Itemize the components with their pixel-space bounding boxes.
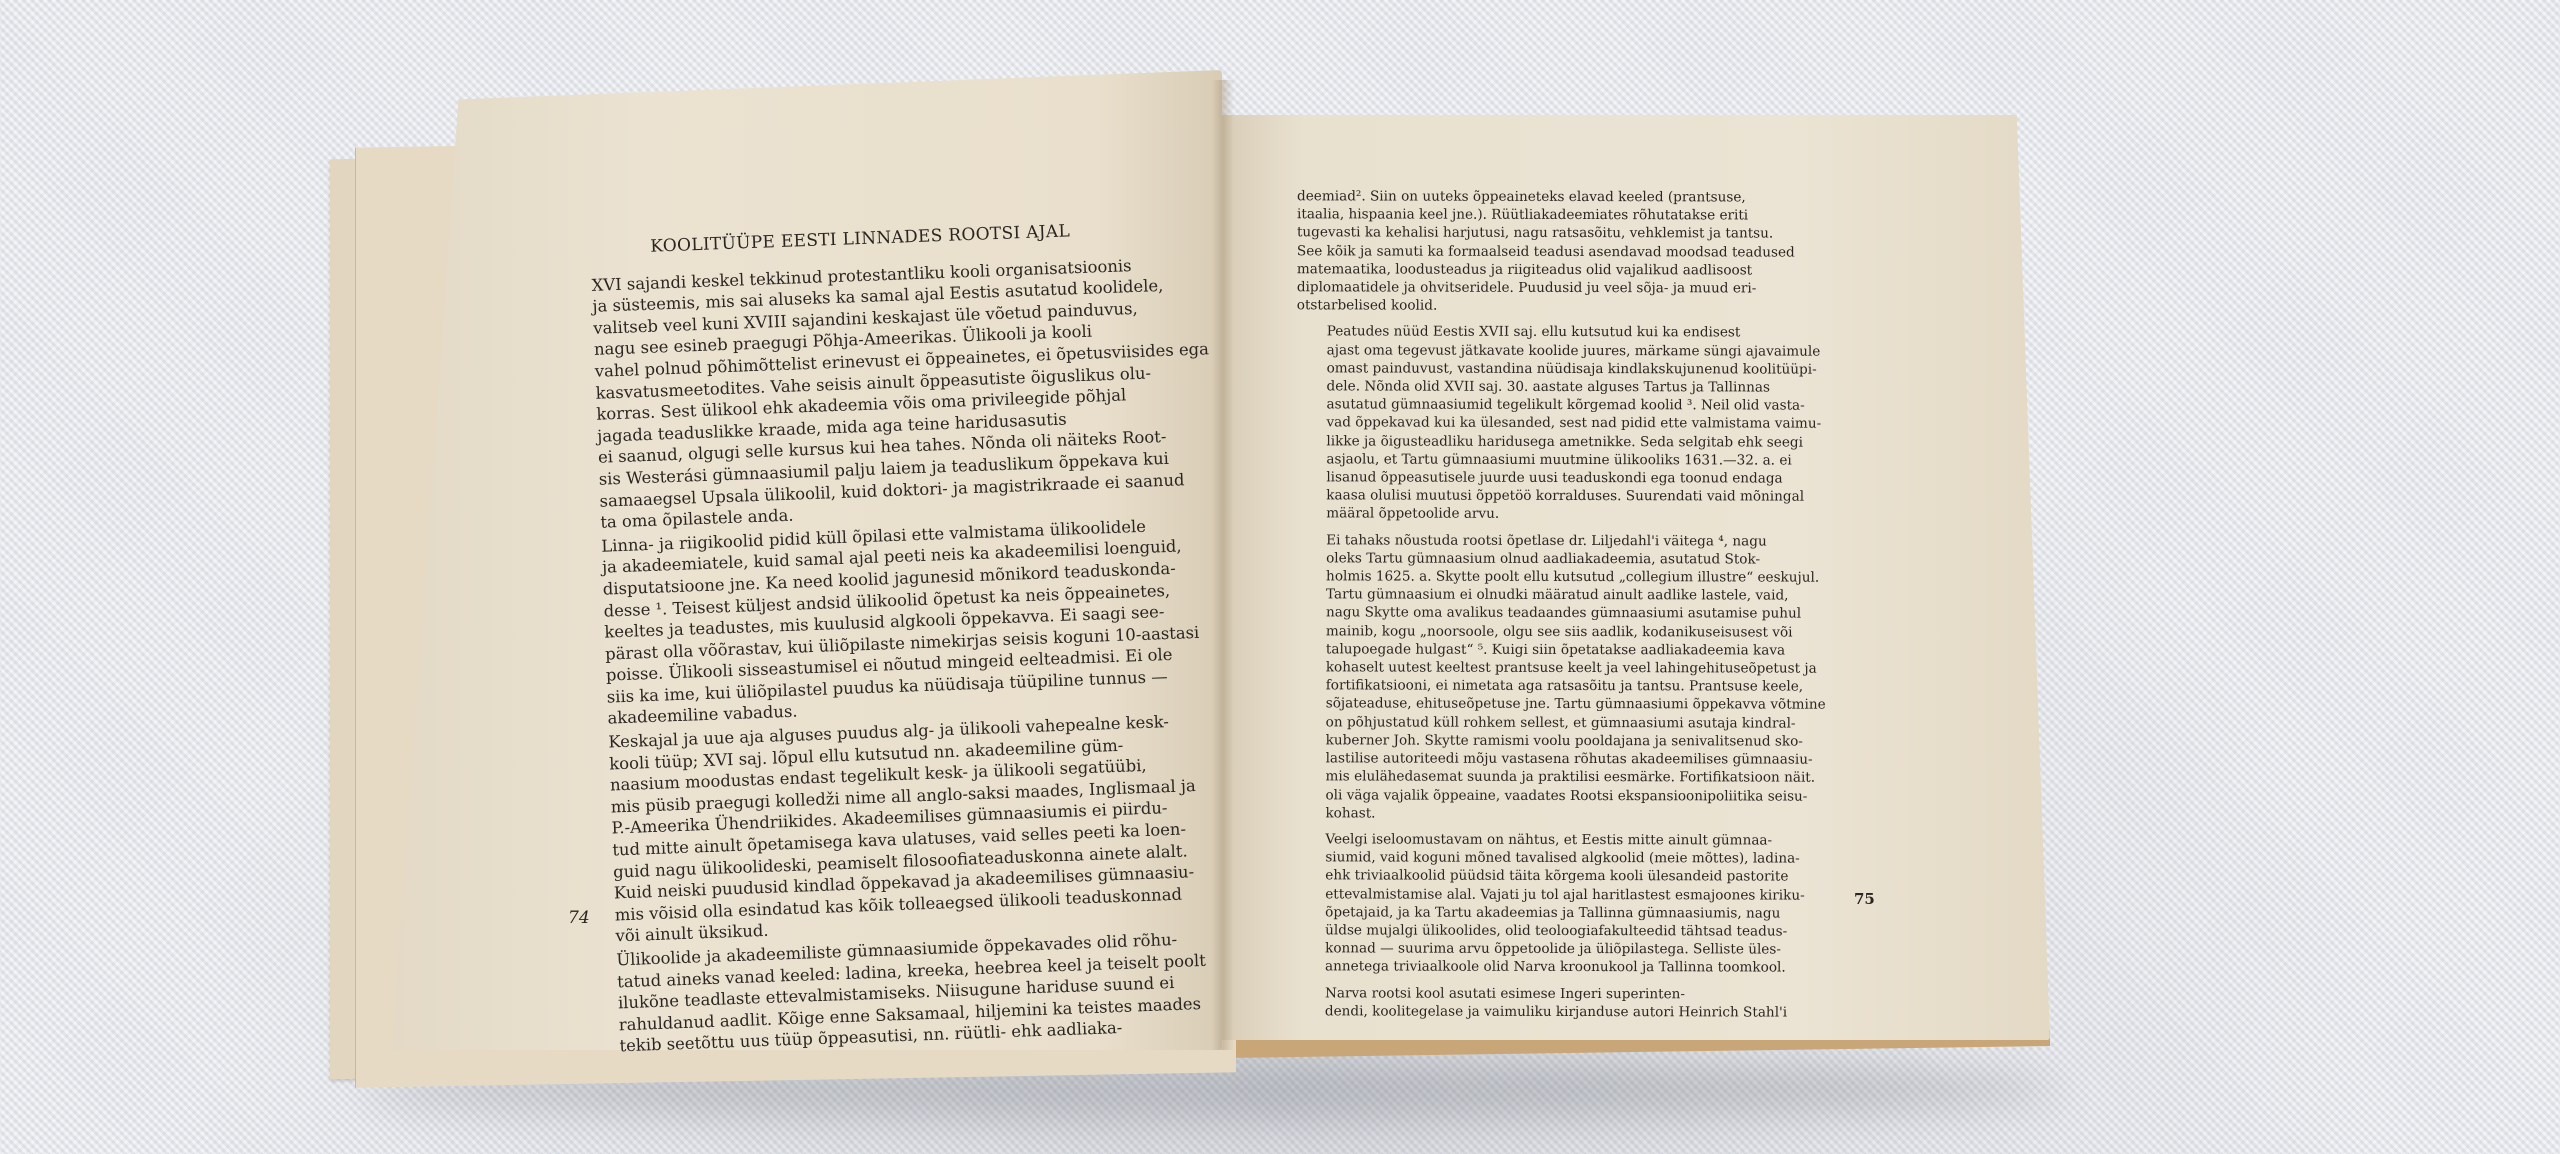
text-line: on põhjustatud küll rohkem sellest, et g… [1296, 713, 1856, 733]
text-line: deemiad². Siin on uuteks õppeaineteks el… [1297, 187, 1857, 207]
text-line: fortifikatsiooni, ei nimetata aga ratsas… [1296, 677, 1856, 697]
text-line: sõjateaduse, ehituseõpetuse jne. Tartu g… [1296, 695, 1856, 715]
text-line: õpetajaid, ja ka Tartu akadeemias ja Tal… [1295, 903, 1855, 923]
text-line: Peatudes nüüd Eestis XVII saj. ellu kuts… [1297, 323, 1857, 343]
text-line: itaalia, hispaania keel jne.). Rüütliaka… [1297, 205, 1857, 225]
right-page-text: deemiad². Siin on uuteks õppeaineteks el… [1295, 187, 1857, 1021]
text-line: Tartu gümnaasium ei olnudki määratud ain… [1296, 586, 1856, 606]
text-line: Ei tahaks nõustuda rootsi õpetlase dr. L… [1296, 531, 1856, 551]
paragraph: XVI sajandi keskel tekkinud protestantli… [561, 254, 1170, 535]
book-gutter [1212, 80, 1234, 1050]
text-line: diplomaatidele ja ohvitseridele. Puudusi… [1297, 278, 1857, 298]
text-line: kohaselt uutest keeltest prantsuse keelt… [1296, 658, 1856, 678]
text-line: Veelgi iseloomustavam on nähtus, et Eest… [1295, 830, 1855, 850]
text-line: omast painduvust, vastandina nüüdisaja k… [1297, 359, 1857, 379]
text-line: likke ja õigusteadliku haridusega ametni… [1296, 432, 1856, 452]
text-line: asjaolu, et Tartu gümnaasiumi muutmine ü… [1296, 450, 1856, 470]
text-line: nagu Skytte oma avalikus teadaandes gümn… [1296, 604, 1856, 624]
text-line: siumid, vaid koguni mõned tavalised algk… [1295, 848, 1855, 868]
text-line: mis elulähedasemat suunda ja praktilisi … [1296, 768, 1856, 788]
page-number-right: 75 [1854, 890, 1875, 908]
text-line: tugevasti ka kehalisi harjutusi, nagu ra… [1297, 224, 1857, 244]
paragraph: Peatudes nüüd Eestis XVII saj. ellu kuts… [1296, 323, 1857, 525]
text-line: oleks Tartu gümnaasium olnud aadliakadee… [1296, 549, 1856, 569]
text-line: lisanud õppeasutisele juurde uusi teadus… [1296, 468, 1856, 488]
text-line: otstarbelised koolid. [1297, 296, 1857, 316]
text-line: talupoegade hulgast“ ⁵. Kuigi siin õpeta… [1296, 640, 1856, 660]
text-line: dele. Nõnda olid XVII saj. 30. aastate a… [1297, 377, 1857, 397]
text-line: konnad — suurima arvu õppetoolide ja üli… [1295, 939, 1855, 959]
paragraph: deemiad². Siin on uuteks õppeaineteks el… [1297, 187, 1857, 316]
text-line: matemaatika, loodusteadus ja riigiteadus… [1297, 260, 1857, 280]
paragraph: Linna- ja riigikoolid pidid küll õpilasi… [571, 515, 1178, 731]
text-line: üldse mujalgi ülikoolides, olid teoloogi… [1295, 921, 1855, 941]
text-line: kaasa olulisi muutusi õppetöö korralduse… [1296, 487, 1856, 507]
text-line: dendi, koolitegelase ja vaimuliku kirjan… [1295, 1002, 1855, 1022]
text-line: asutatud gümnaasiumid tegelikult kõrgema… [1296, 396, 1856, 416]
text-line: annetega triviaalkoole olid Narva kroonu… [1295, 958, 1855, 978]
text-line: Narva rootsi kool asutati esimese Ingeri… [1295, 984, 1855, 1004]
text-line: kuberner Joh. Skytte ramismi voolu poold… [1296, 731, 1856, 751]
page-number-left: 74 [568, 908, 590, 928]
text-line: ajast oma tegevust jätkavate koolide juu… [1297, 341, 1857, 361]
text-line: kohast. [1295, 804, 1855, 824]
left-page-text: KOOLITÜÜPE EESTI LINNADES ROOTSI AJAL XV… [560, 218, 1190, 1058]
text-line: vad õppekavad kui ka ülesanded, sest nad… [1296, 414, 1856, 434]
paragraph: Ülikoolide ja akadeemiliste gümnaasiumid… [586, 929, 1190, 1059]
text-line: määral õppetoolide arvu. [1296, 505, 1856, 525]
right-page-body: deemiad². Siin on uuteks õppeaineteks el… [1295, 187, 1857, 1021]
text-line: ehk triviaalkoolid püüdsid täita kõrgema… [1295, 867, 1855, 887]
text-line: oli väga vajalik õppeaine, vaadates Root… [1295, 786, 1855, 806]
text-line: lastilise autoriteedi mõju vastasena rõh… [1296, 749, 1856, 769]
left-page-body: XVI sajandi keskel tekkinud protestantli… [561, 254, 1189, 1059]
text-line: mainib, kogu „noorsoole, olgu see siis a… [1296, 622, 1856, 642]
text-line: ettevalmistamise alal. Vajati ju tol aja… [1295, 885, 1855, 905]
paragraph: Ei tahaks nõustuda rootsi õpetlase dr. L… [1295, 531, 1856, 824]
text-line: See kõik ja samuti ka formaalseid teadus… [1297, 242, 1857, 262]
paragraph: Narva rootsi kool asutati esimese Ingeri… [1295, 984, 1855, 1022]
text-line: holmis 1625. a. Skytte poolt ellu kutsut… [1296, 567, 1856, 587]
paragraph: Veelgi iseloomustavam on nähtus, et Eest… [1295, 830, 1855, 977]
paragraph: Keskajal ja uue aja alguses puudus alg- … [578, 711, 1186, 949]
